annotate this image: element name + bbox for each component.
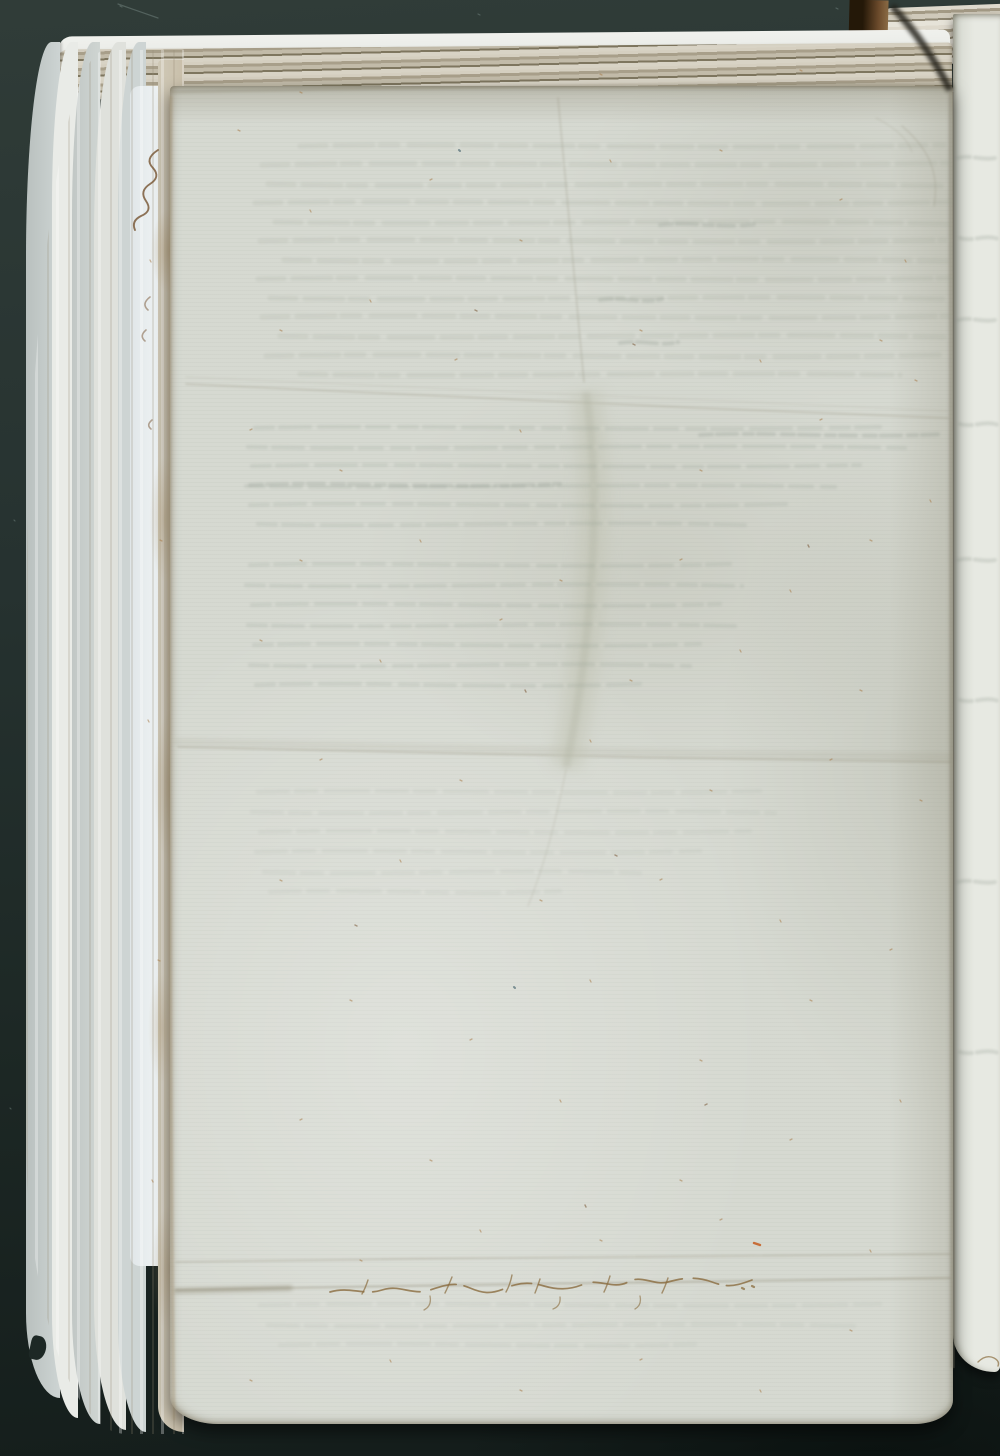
fiber-specks	[148, 70, 931, 1392]
upper-fold-echo	[186, 377, 948, 411]
bleed-lines-lower-block	[252, 791, 775, 893]
crease-group	[169, 6, 954, 1420]
gutter-crease-line	[950, 92, 952, 1368]
scan-overlay	[0, 0, 1000, 1456]
facing-page-flourish	[978, 1357, 999, 1366]
manuscript-scan	[0, 0, 1000, 1456]
gutter-crevice	[892, 6, 950, 90]
specks-light	[148, 70, 931, 1392]
fore-edge-scribble	[134, 150, 158, 429]
scribble-minor-marks	[142, 297, 152, 429]
gutter-dark-line	[953, 92, 954, 1368]
bleed-lines-middle	[246, 427, 905, 525]
under-band-shadow	[172, 85, 950, 92]
inscription-end-dots	[742, 1286, 754, 1289]
orange-fiber	[754, 1243, 760, 1245]
upper-fold-line	[186, 384, 948, 418]
lower-fold-dark-segment	[176, 1288, 290, 1291]
page-left-edge-crease	[169, 96, 174, 1420]
lower-fold-line-1	[176, 1254, 950, 1262]
background-dust	[10, 4, 838, 1109]
bleed-lines-upper	[255, 145, 950, 375]
bleed-lines-left-block	[246, 564, 742, 686]
bleed-lines-bottom	[260, 1304, 880, 1346]
scribble-main	[134, 150, 158, 230]
facing-sliver-marks	[958, 157, 998, 1053]
